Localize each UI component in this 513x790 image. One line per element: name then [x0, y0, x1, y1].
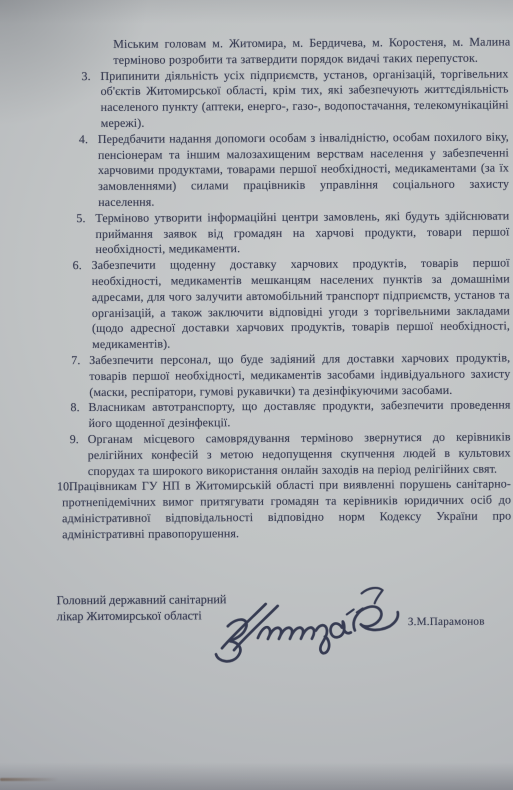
item-text: Забезпечити щоденну доставку харчових пр… — [92, 256, 510, 352]
item-number: 3. — [81, 69, 90, 85]
directive-list: 3. Припинити діяльність усіх підприємств… — [0, 66, 513, 543]
item-text: Передбачити надання допомоги особам з ін… — [98, 129, 509, 209]
directive-item: 9. Органам місцевого самоврядування терм… — [3, 429, 511, 479]
handwritten-signature-icon — [202, 585, 417, 664]
document-text-block: Міським головам м. Житомира, м. Бердичев… — [0, 34, 513, 543]
signatory-name: З.М.Парамонов — [408, 616, 485, 628]
item-number: 6. — [73, 258, 82, 274]
directive-item: 7. Забезпечити персонал, що буде задіяни… — [2, 350, 510, 400]
document-content: Міським головам м. Житомира, м. Бердичев… — [0, 0, 513, 790]
item-number: 10. — [50, 479, 72, 495]
item-number: 8. — [70, 400, 79, 416]
signatory-title-line1: Головний державний санітарний — [57, 592, 227, 609]
item-number: 7. — [71, 353, 80, 369]
directive-item: 10. Працівникам ГУ НП в Житомирській обл… — [3, 477, 511, 543]
item-text: Забезпечити персонал, що буде задіяний д… — [89, 350, 510, 398]
item-text: Органам місцевого самоврядування терміно… — [88, 429, 511, 477]
directive-item: 6. Забезпечити щоденну доставку харчових… — [2, 256, 511, 354]
signatory-title-line2: лікар Житомирської області — [57, 608, 227, 625]
item-number: 9. — [70, 432, 79, 448]
photo-edge-shadow — [0, 778, 58, 781]
directive-item: 4. Передбачити надання допомоги особам з… — [1, 129, 509, 211]
item-number: 4. — [79, 132, 88, 148]
item-text: Працівникам ГУ НП в Житомирській області… — [62, 477, 511, 541]
directive-item: 5. Терміново утворити інформаційні центр… — [1, 208, 509, 258]
intro-paragraph: Міським головам м. Житомира, м. Бердичев… — [113, 34, 510, 68]
directive-item: 3. Припинити діяльність усіх підприємств… — [0, 66, 508, 132]
directive-item: 8. Власникам автотранспорту, що доставля… — [2, 398, 510, 433]
document-photo: Міським головам м. Житомира, м. Бердичев… — [0, 0, 513, 790]
item-text: Власникам автотранспорту, що доставляє п… — [88, 398, 510, 430]
item-text: Терміново утворити інформаційні центри з… — [95, 208, 509, 256]
signatory-title: Головний державний санітарний лікар Жито… — [57, 592, 227, 624]
item-number: 5. — [76, 211, 85, 227]
item-text: Припинити діяльність усіх підприємств, у… — [100, 66, 508, 130]
